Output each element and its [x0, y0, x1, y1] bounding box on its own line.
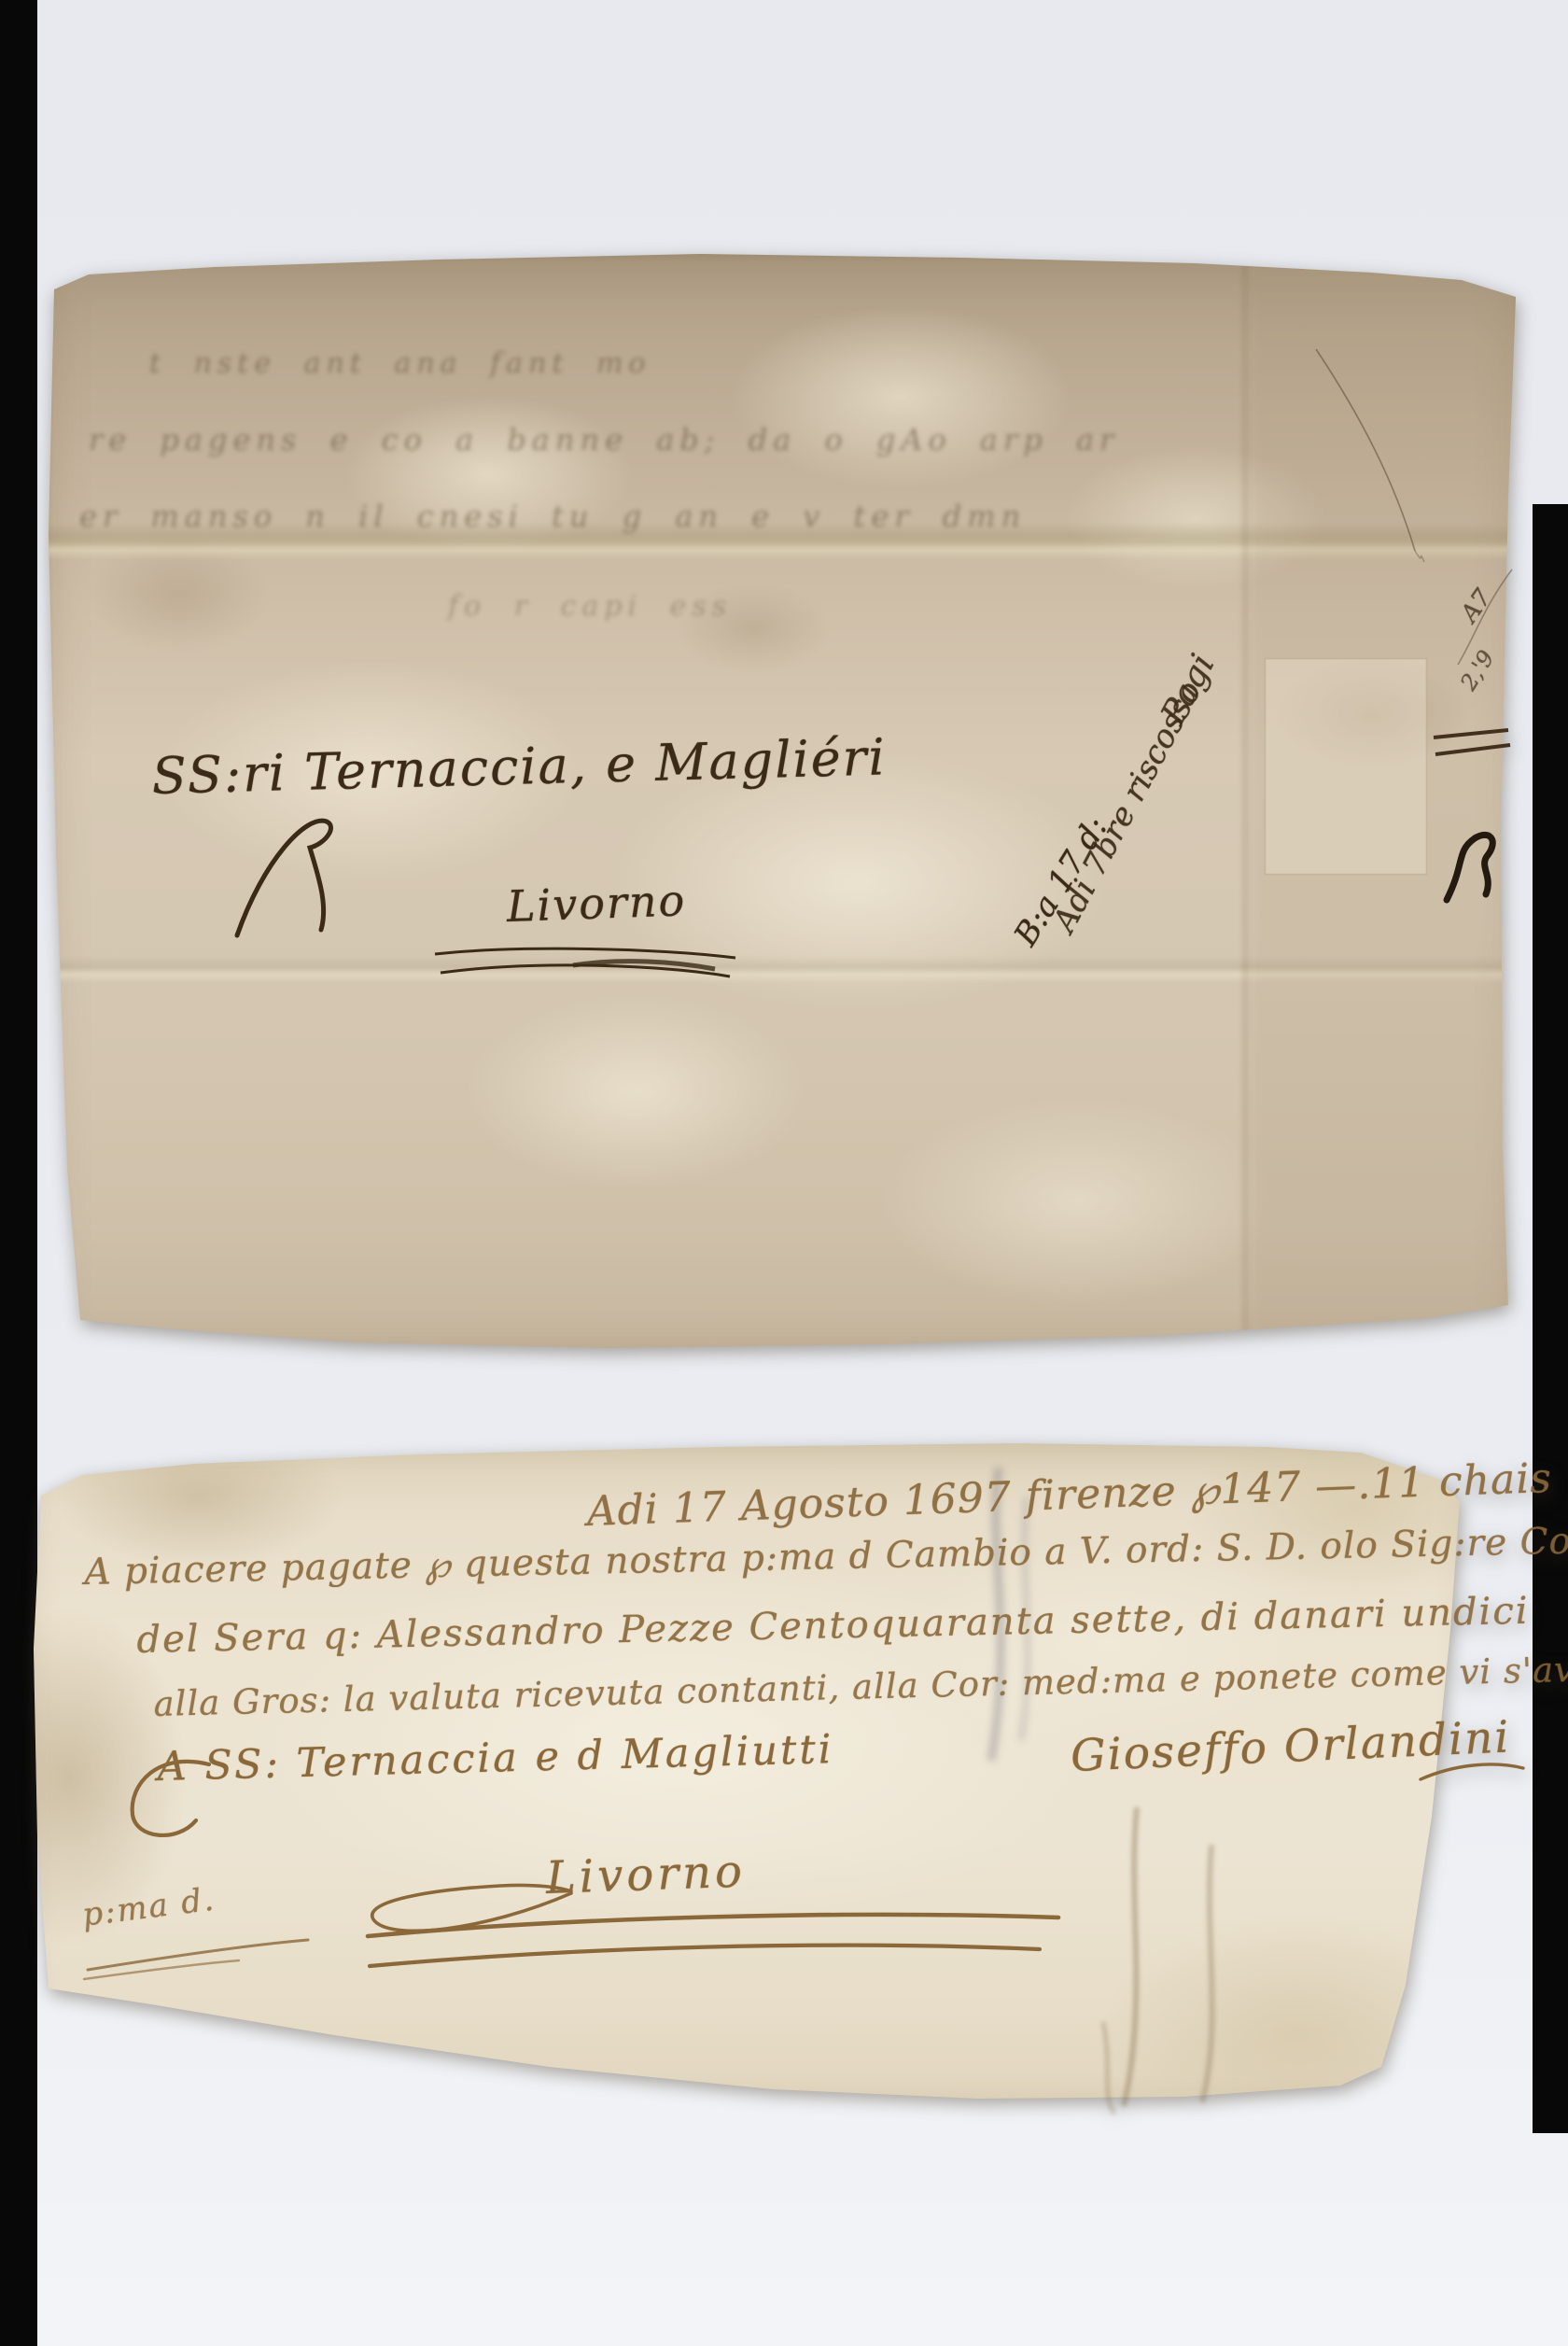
seal-ghost-rectangle	[1265, 658, 1427, 875]
crease-vertical	[1239, 263, 1251, 1346]
docket-underline	[82, 1932, 315, 1979]
bleedthrough-line: er manso n il cnesi tu g an e v ter dmn	[79, 499, 1026, 534]
scan-edge-right	[1533, 504, 1568, 2133]
dark-scribble-mark	[1435, 823, 1510, 912]
bleedthrough-line: t nste ant ana fant mo	[149, 347, 651, 380]
bleedthrough-line: fo r capi ess	[448, 590, 732, 623]
letter-city: Livorno	[506, 875, 687, 932]
letter-verso-sheet: t nste ant ana fant mo re pagens e co a …	[47, 254, 1519, 1356]
city-underline-flourish	[431, 943, 749, 986]
address-flourish-stroke	[231, 807, 353, 947]
signature-flourish	[1417, 1753, 1529, 1791]
double-dash-mark	[1430, 726, 1516, 764]
bleedthrough-line: re pagens e co a banne ab; da o gAo arp …	[89, 422, 1119, 457]
hairline-stroke	[1305, 342, 1473, 556]
hairline-stroke	[1445, 560, 1547, 677]
letter-verso-paper	[47, 254, 1519, 1356]
bleedthrough-strokes	[1081, 1798, 1286, 2115]
bill-of-exchange-sheet: Adi 17 Agosto 1697 firenze ℘147 —.11 cha…	[26, 1443, 1471, 2112]
scanned-document-page: t nste ant ana fant mo re pagens e co a …	[0, 0, 1568, 2346]
city-underline-flourish	[360, 1908, 1070, 1998]
